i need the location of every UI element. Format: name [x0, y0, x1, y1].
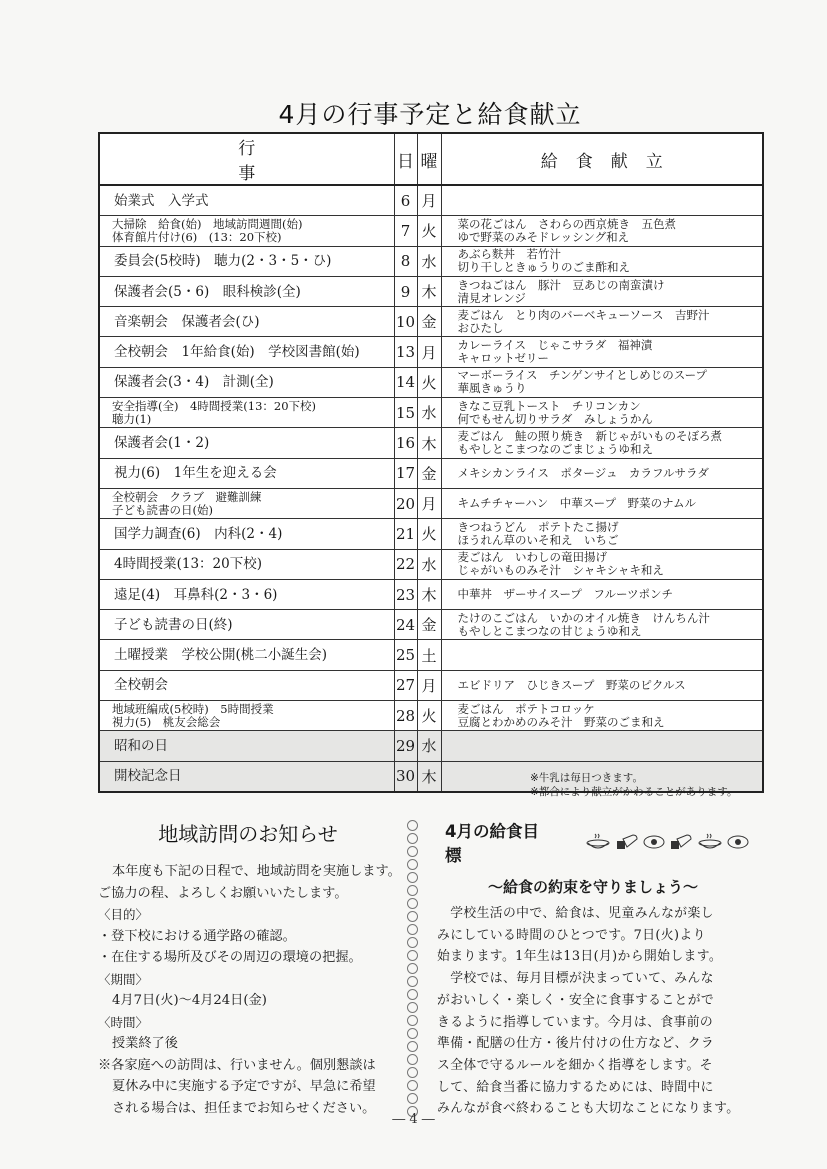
day-cell: 23 [394, 579, 417, 609]
egg-icon [643, 834, 665, 850]
menu-cell: 中華丼 ザーサイスープ フルーツポンチ [441, 579, 763, 609]
lunch-goal-text-line: がおいしく・楽しく・安全に食事することがで [437, 990, 749, 1012]
page-number: ― 4 ― [0, 1112, 827, 1127]
table-row: 安全指導(全) 4時間授業(13：20下校)聴力(1)15水きなこ豆乳トースト … [99, 398, 763, 428]
menu-cell [441, 731, 763, 761]
day-cell: 10 [394, 307, 417, 337]
menu-cell: 菜の花ごはん さわらの西京焼き 五色煮ゆで野菜のみそドレッシング和え [441, 216, 763, 246]
face-icon [407, 1067, 418, 1078]
face-icon [407, 1080, 418, 1091]
lunch-goal-text-line: みにしている時間のひとつです。7日(火)より [437, 925, 749, 947]
weekday-cell: 水 [417, 549, 441, 579]
menu-cell: きつねうどん ポテトたこ揚げほうれん草のいそ和え いちご [441, 519, 763, 549]
table-row: 大掃除 給食(始) 地域訪問週間(始)体育館片付け(6) (13：20下校)7火… [99, 216, 763, 246]
menu-text: じゃがいものみそ汁 シャキシャキ和え [458, 564, 763, 577]
event-cell: 視力(6) 1年生を迎える会 [99, 458, 394, 488]
day-cell: 13 [394, 337, 417, 367]
face-icon [407, 872, 418, 883]
header-day: 日 [394, 133, 417, 185]
weekday-cell: 月 [417, 337, 441, 367]
weekday-cell: 火 [417, 367, 441, 397]
day-cell: 25 [394, 640, 417, 670]
event-cell: 始業式 入学式 [99, 185, 394, 216]
menu-text: きつねうどん ポテトたこ揚げ [458, 521, 763, 534]
visit-intro-line: 本年度も下記の日程で、地域訪問を実施します。 [98, 861, 398, 883]
event-text: 体育館片付け(6) (13：20下校) [112, 231, 394, 244]
event-text: 地域班編成(5校時) 5時間授業 [112, 703, 394, 716]
weekday-cell: 月 [417, 670, 441, 700]
event-cell: 4時間授業(13：20下校) [99, 549, 394, 579]
table-row: 全校朝会 1年給食(始) 学校図書館(始)13月カレーライス じゃこサラダ 福神… [99, 337, 763, 367]
face-icon [407, 1015, 418, 1026]
visit-intro-line: ご協力の程、よろしくお願いいたします。 [98, 883, 398, 905]
remark-line: ※各家庭への訪問は、行いません。個別懇談は [98, 1055, 398, 1077]
bowl-icon [585, 833, 611, 851]
menu-cell: 麦ごはん ポテトコロッケ豆腐とわかめのみそ汁 野菜のごま和え [441, 701, 763, 731]
face-icon [407, 833, 418, 844]
bread-icon [669, 833, 693, 851]
table-row: 昭和の日29水 [99, 731, 763, 761]
weekday-cell: 木 [417, 276, 441, 306]
day-cell: 9 [394, 276, 417, 306]
event-text: 音楽朝会 保護者会(ひ) [114, 315, 394, 329]
day-cell: 16 [394, 428, 417, 458]
menu-text: もやしとこまつなのごまじょうゆ和え [458, 443, 763, 456]
table-row: 保護者会(1・2)16木麦ごはん 鮭の照り焼き 新じゃがいものそぼろ煮もやしとこ… [99, 428, 763, 458]
weekday-cell: 火 [417, 519, 441, 549]
table-header-row: 行事 日 曜 給食献立 [99, 133, 763, 185]
menu-text: 何でもせん切りサラダ みしょうかん [458, 413, 763, 426]
table-row: 4時間授業(13：20下校)22水麦ごはん いわしの竜田揚げじゃがいものみそ汁 … [99, 549, 763, 579]
table-row: 子ども読書の日(終)24金たけのこごはん いかのオイル焼き けんちん汁もやしとこ… [99, 610, 763, 640]
bread-icon [615, 833, 639, 851]
face-icon [407, 911, 418, 922]
day-cell: 14 [394, 367, 417, 397]
header-weekday: 曜 [417, 133, 441, 185]
menu-cell: マーボーライス チンゲンサイとしめじのスープ華風きゅうり [441, 367, 763, 397]
face-icon [407, 976, 418, 987]
menu-text: 麦ごはん ポテトコロッケ [458, 703, 763, 716]
face-icon [407, 937, 418, 948]
weekday-cell: 月 [417, 185, 441, 216]
day-cell: 17 [394, 458, 417, 488]
event-cell: 昭和の日 [99, 731, 394, 761]
weekday-cell: 金 [417, 610, 441, 640]
menu-cell: あぶら麩丼 若竹汁切り干しときゅうりのごま酢和え [441, 246, 763, 276]
weekday-cell: 水 [417, 731, 441, 761]
page-title: 4月の行事予定と給食献立 [98, 95, 762, 131]
day-cell: 8 [394, 246, 417, 276]
lunch-goal-text-line: 始まります。1年生は13日(月)から開始します。 [437, 946, 749, 968]
event-text: 4時間授業(13：20下校) [114, 557, 394, 571]
header-menu: 給食献立 [441, 133, 763, 185]
lunch-goal-text-line: 準備・配膳の仕方・後片付けの仕方など、クラ [437, 1033, 749, 1055]
menu-text: 切り干しときゅうりのごま酢和え [458, 261, 763, 274]
weekday-cell: 水 [417, 246, 441, 276]
menu-cell: 麦ごはん 鮭の照り焼き 新じゃがいものそぼろ煮もやしとこまつなのごまじょうゆ和え [441, 428, 763, 458]
table-row: 全校朝会27月エビドリア ひじきスープ 野菜のピクルス [99, 670, 763, 700]
menu-text: たけのこごはん いかのオイル焼き けんちん汁 [458, 612, 763, 625]
event-text: 子ども読書の日(始) [112, 504, 394, 517]
event-text: 保護者会(3・4) 計測(全) [114, 375, 394, 389]
weekday-cell: 木 [417, 761, 441, 792]
menu-text: きなこ豆乳トースト チリコンカン [458, 400, 763, 413]
event-text: 保護者会(1・2) [114, 436, 394, 450]
day-cell: 30 [394, 761, 417, 792]
header-event: 行事 [99, 133, 394, 185]
table-row: 遠足(4) 耳鼻科(2・3・6)23木中華丼 ザーサイスープ フルーツポンチ [99, 579, 763, 609]
table-row: 全校朝会 クラブ 避難訓練子ども読書の日(始)20月キムチチャーハン 中華スープ… [99, 488, 763, 518]
lunch-goal-text-line: きるように指導しています。今月は、食事前の [437, 1012, 749, 1034]
event-cell: 地域班編成(5校時) 5時間授業視力(5) 桃友会総会 [99, 701, 394, 731]
weekday-cell: 金 [417, 458, 441, 488]
event-cell: 遠足(4) 耳鼻科(2・3・6) [99, 579, 394, 609]
weekday-cell: 水 [417, 398, 441, 428]
face-icon [407, 950, 418, 961]
event-text: 視力(5) 桃友会総会 [112, 716, 394, 729]
lunch-goal-text-line: ス全体で守るルールを細かく指導をします。そ [437, 1055, 749, 1077]
event-cell: 開校記念日 [99, 761, 394, 792]
event-text: 安全指導(全) 4時間授業(13：20下校) [112, 400, 394, 413]
egg-icon [727, 834, 749, 850]
menu-cell: カレーライス じゃこサラダ 福神漬キャロットゼリー [441, 337, 763, 367]
menu-text: ゆで野菜のみそドレッシング和え [458, 231, 763, 244]
weekday-cell: 木 [417, 428, 441, 458]
purpose-label: 〈目的〉 [98, 904, 398, 926]
event-text: 全校朝会 [114, 678, 394, 692]
day-cell: 24 [394, 610, 417, 640]
weekday-cell: 火 [417, 701, 441, 731]
note-menu-change: ※都合により献立がかわることがあります。 [530, 785, 737, 799]
menu-text: キムチチャーハン 中華スープ 野菜のナムル [458, 497, 763, 510]
face-icon [407, 963, 418, 974]
face-icon [407, 885, 418, 896]
menu-text: きつねごはん 豚汁 豆あじの南蛮漬け [458, 279, 763, 292]
menu-cell: キムチチャーハン 中華スープ 野菜のナムル [441, 488, 763, 518]
event-cell: 全校朝会 クラブ 避難訓練子ども読書の日(始) [99, 488, 394, 518]
bowl-icon [697, 833, 723, 851]
event-cell: 音楽朝会 保護者会(ひ) [99, 307, 394, 337]
menu-text: 中華丼 ザーサイスープ フルーツポンチ [458, 588, 763, 601]
menu-cell [441, 185, 763, 216]
event-text: 委員会(5校時) 聴力(2・3・5・ひ) [114, 254, 394, 268]
menu-text: ほうれん草のいそ和え いちご [458, 534, 763, 547]
menu-text: 華風きゅうり [458, 382, 763, 395]
weekday-cell: 月 [417, 488, 441, 518]
menu-cell [441, 640, 763, 670]
remark-line: 夏休み中に実施する予定ですが、早急に希望 [98, 1076, 398, 1098]
weekday-cell: 木 [417, 579, 441, 609]
event-cell: 保護者会(3・4) 計測(全) [99, 367, 394, 397]
food-icons [585, 833, 749, 851]
table-row: 国学力調査(6) 内科(2・4)21火きつねうどん ポテトたこ揚げほうれん草のい… [99, 519, 763, 549]
event-text: 開校記念日 [114, 769, 394, 783]
lunch-goal-subtitle: ～給食の約束を守りましょう～ [437, 876, 749, 897]
schedule-menu-table: 行事 日 曜 給食献立 始業式 入学式6月大掃除 給食(始) 地域訪問週間(始)… [98, 132, 764, 793]
lunch-goal-text-line: 学校生活の中で、給食は、児童みんなが楽し [437, 903, 749, 925]
event-text: 始業式 入学式 [114, 194, 394, 208]
day-cell: 28 [394, 701, 417, 731]
event-cell: 委員会(5校時) 聴力(2・3・5・ひ) [99, 246, 394, 276]
event-text: 子ども読書の日(終) [114, 618, 394, 632]
menu-text: エビドリア ひじきスープ 野菜のピクルス [458, 679, 763, 692]
event-text: 国学力調査(6) 内科(2・4) [114, 527, 394, 541]
menu-text: もやしとこまつなの甘じょうゆ和え [458, 625, 763, 638]
event-cell: 保護者会(5・6) 眼科検診(全) [99, 276, 394, 306]
event-text: 土曜授業 学校公開(桃二小誕生会) [114, 648, 394, 662]
period-value: 4月7日(火)～4月24日(金) [98, 990, 398, 1012]
table-row: 視力(6) 1年生を迎える会17金メキシカンライス ポタージュ カラフルサラダ [99, 458, 763, 488]
face-icon [407, 1028, 418, 1039]
face-icon [407, 820, 418, 831]
table-row: 土曜授業 学校公開(桃二小誕生会)25土 [99, 640, 763, 670]
event-cell: 大掃除 給食(始) 地域訪問週間(始)体育館片付け(6) (13：20下校) [99, 216, 394, 246]
day-cell: 21 [394, 519, 417, 549]
weekday-cell: 火 [417, 216, 441, 246]
lunch-goal-section: 4月の給食目標 ～給食の約束を守りましょう～ 学校生活の中で、給食は、児童みんな… [437, 818, 749, 1120]
menu-text: 菜の花ごはん さわらの西京焼き 五色煮 [458, 218, 763, 231]
face-icon [407, 898, 418, 909]
menu-text: 清見オレンジ [458, 292, 763, 305]
face-icon [407, 1093, 418, 1104]
table-row: 保護者会(5・6) 眼科検診(全)9木きつねごはん 豚汁 豆あじの南蛮漬け清見オ… [99, 276, 763, 306]
menu-text: メキシカンライス ポタージュ カラフルサラダ [458, 467, 763, 480]
purpose-item: ・登下校における通学路の確認。 [98, 926, 398, 948]
lunch-goal-text-line: して、給食当番に協力するためには、時間中に [437, 1077, 749, 1099]
table-notes: ※牛乳は毎日つきます。 ※都合により献立がかわることがあります。 [530, 771, 737, 799]
menu-cell: たけのこごはん いかのオイル焼き けんちん汁もやしとこまつなの甘じょうゆ和え [441, 610, 763, 640]
note-milk: ※牛乳は毎日つきます。 [530, 771, 737, 785]
day-cell: 15 [394, 398, 417, 428]
table-row: 始業式 入学式6月 [99, 185, 763, 216]
event-text: 聴力(1) [112, 413, 394, 426]
menu-cell: 麦ごはん とり肉のバーベキューソース 吉野汁おひたし [441, 307, 763, 337]
period-label: 〈期間〉 [98, 969, 398, 991]
face-icon [407, 859, 418, 870]
table-row: 音楽朝会 保護者会(ひ)10金麦ごはん とり肉のバーベキューソース 吉野汁おひた… [99, 307, 763, 337]
day-cell: 7 [394, 216, 417, 246]
event-text: 昭和の日 [114, 739, 394, 753]
event-text: 全校朝会 クラブ 避難訓練 [112, 491, 394, 504]
event-cell: 全校朝会 1年給食(始) 学校図書館(始) [99, 337, 394, 367]
menu-text: キャロットゼリー [458, 352, 763, 365]
face-icon [407, 1041, 418, 1052]
table-row: 保護者会(3・4) 計測(全)14火マーボーライス チンゲンサイとしめじのスープ… [99, 367, 763, 397]
day-cell: 27 [394, 670, 417, 700]
event-cell: 保護者会(1・2) [99, 428, 394, 458]
face-icon [407, 924, 418, 935]
visit-notice-title: 地域訪問のお知らせ [98, 818, 398, 847]
face-icon [407, 1002, 418, 1013]
event-cell: 国学力調査(6) 内科(2・4) [99, 519, 394, 549]
event-cell: 子ども読書の日(終) [99, 610, 394, 640]
menu-text: おひたし [458, 322, 763, 335]
menu-cell: 麦ごはん いわしの竜田揚げじゃがいものみそ汁 シャキシャキ和え [441, 549, 763, 579]
menu-cell: メキシカンライス ポタージュ カラフルサラダ [441, 458, 763, 488]
event-text: 全校朝会 1年給食(始) 学校図書館(始) [114, 345, 394, 359]
face-icon [407, 989, 418, 1000]
event-cell: 土曜授業 学校公開(桃二小誕生会) [99, 640, 394, 670]
table-row: 委員会(5校時) 聴力(2・3・5・ひ)8水あぶら麩丼 若竹汁切り干しときゅうり… [99, 246, 763, 276]
day-cell: 22 [394, 549, 417, 579]
face-icon [407, 846, 418, 857]
event-text: 視力(6) 1年生を迎える会 [114, 466, 394, 480]
day-cell: 29 [394, 731, 417, 761]
day-cell: 20 [394, 488, 417, 518]
day-cell: 6 [394, 185, 417, 216]
event-cell: 全校朝会 [99, 670, 394, 700]
decorative-face-divider [407, 820, 419, 1119]
menu-cell: きつねごはん 豚汁 豆あじの南蛮漬け清見オレンジ [441, 276, 763, 306]
lunch-goal-text-line: 学校では、毎月目標が決まっていて、みんな [437, 968, 749, 990]
weekday-cell: 金 [417, 307, 441, 337]
event-text: 保護者会(5・6) 眼科検診(全) [114, 285, 394, 299]
menu-cell: きなこ豆乳トースト チリコンカン何でもせん切りサラダ みしょうかん [441, 398, 763, 428]
menu-cell: エビドリア ひじきスープ 野菜のピクルス [441, 670, 763, 700]
table-row: 地域班編成(5校時) 5時間授業視力(5) 桃友会総会28火麦ごはん ポテトコロ… [99, 701, 763, 731]
time-value: 授業終了後 [98, 1033, 398, 1055]
event-cell: 安全指導(全) 4時間授業(13：20下校)聴力(1) [99, 398, 394, 428]
purpose-item: ・在住する場所及びその周辺の環境の把握。 [98, 947, 398, 969]
time-label: 〈時間〉 [98, 1012, 398, 1034]
visit-notice-section: 地域訪問のお知らせ 本年度も下記の日程で、地域訪問を実施します。 ご協力の程、よ… [98, 818, 398, 1119]
menu-text: 麦ごはん とり肉のバーベキューソース 吉野汁 [458, 309, 763, 322]
face-icon [407, 1054, 418, 1065]
weekday-cell: 土 [417, 640, 441, 670]
menu-text: 豆腐とわかめのみそ汁 野菜のごま和え [458, 716, 763, 729]
lunch-goal-title: 4月の給食目標 [445, 818, 555, 866]
event-text: 遠足(4) 耳鼻科(2・3・6) [114, 588, 394, 602]
